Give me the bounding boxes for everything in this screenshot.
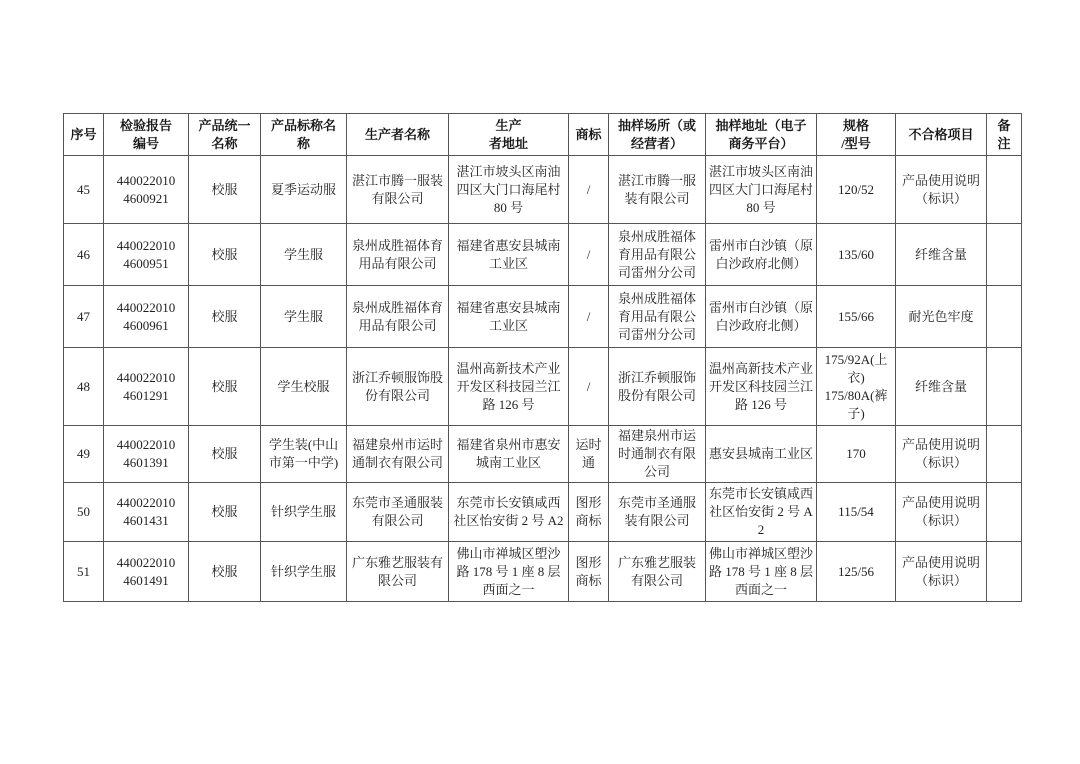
cell-producer-address: 湛江市坡头区南油四区大门口海尾村 80 号 — [449, 156, 569, 224]
table-row: 45440022010 4600921校服夏季运动服湛江市腾一服装有限公司湛江市… — [64, 156, 1022, 224]
cell-trademark: / — [569, 348, 609, 426]
cell-spec: 115/54 — [817, 483, 896, 542]
header-spec: 规格 /型号 — [817, 114, 896, 156]
cell-unified-name: 校服 — [189, 483, 261, 542]
cell-labeled-name: 针织学生服 — [261, 483, 347, 542]
cell-labeled-name: 夏季运动服 — [261, 156, 347, 224]
cell-unified-name: 校服 — [189, 426, 261, 483]
table-header: 序号 检验报告 编号 产品统一 名称 产品标称名 称 生产者名称 生产 者地址 … — [64, 114, 1022, 156]
cell-failed-items: 产品使用说明（标识） — [896, 426, 987, 483]
cell-spec: 155/66 — [817, 286, 896, 348]
cell-producer-address: 佛山市禅城区塱沙路 178 号 1 座 8 层西面之一 — [449, 542, 569, 602]
header-sampling-address: 抽样地址（电子 商务平台） — [706, 114, 817, 156]
cell-trademark: 图形商标 — [569, 483, 609, 542]
cell-unified-name: 校服 — [189, 286, 261, 348]
cell-sampling-address: 佛山市禅城区塱沙路 178 号 1 座 8 层西面之一 — [706, 542, 817, 602]
cell-seq: 48 — [64, 348, 104, 426]
header-report-no: 检验报告 编号 — [104, 114, 189, 156]
header-row: 序号 检验报告 编号 产品统一 名称 产品标称名 称 生产者名称 生产 者地址 … — [64, 114, 1022, 156]
cell-producer-address: 福建省泉州市惠安城南工业区 — [449, 426, 569, 483]
cell-producer: 泉州成胜福体育用品有限公司 — [347, 224, 449, 286]
cell-sampling-address: 温州高新技术产业开发区科技园兰江路 126 号 — [706, 348, 817, 426]
cell-unified-name: 校服 — [189, 348, 261, 426]
cell-seq: 46 — [64, 224, 104, 286]
cell-labeled-name: 针织学生服 — [261, 542, 347, 602]
inspection-results-table: 序号 检验报告 编号 产品统一 名称 产品标称名 称 生产者名称 生产 者地址 … — [63, 113, 1022, 602]
cell-report-no: 440022010 4601491 — [104, 542, 189, 602]
table-row: 47440022010 4600961校服学生服泉州成胜福体育用品有限公司福建省… — [64, 286, 1022, 348]
cell-sampling-site: 泉州成胜福体育用品有限公司雷州分公司 — [609, 224, 706, 286]
cell-sampling-address: 惠安县城南工业区 — [706, 426, 817, 483]
cell-sampling-address: 雷州市白沙镇（原白沙政府北侧） — [706, 286, 817, 348]
cell-unified-name: 校服 — [189, 224, 261, 286]
cell-trademark: 运时通 — [569, 426, 609, 483]
cell-failed-items: 产品使用说明（标识） — [896, 542, 987, 602]
header-unified-name: 产品统一 名称 — [189, 114, 261, 156]
cell-report-no: 440022010 4600961 — [104, 286, 189, 348]
cell-producer: 浙江乔顿服饰股份有限公司 — [347, 348, 449, 426]
cell-remark — [987, 483, 1022, 542]
cell-producer: 东莞市圣通服装有限公司 — [347, 483, 449, 542]
cell-unified-name: 校服 — [189, 156, 261, 224]
table-row: 50440022010 4601431校服针织学生服东莞市圣通服装有限公司东莞市… — [64, 483, 1022, 542]
cell-remark — [987, 426, 1022, 483]
cell-remark — [987, 542, 1022, 602]
cell-producer: 泉州成胜福体育用品有限公司 — [347, 286, 449, 348]
cell-seq: 45 — [64, 156, 104, 224]
cell-trademark: / — [569, 224, 609, 286]
cell-producer-address: 东莞市长安镇咸西社区怡安街 2 号 A2 — [449, 483, 569, 542]
cell-report-no: 440022010 4601291 — [104, 348, 189, 426]
table-body: 45440022010 4600921校服夏季运动服湛江市腾一服装有限公司湛江市… — [64, 156, 1022, 602]
cell-failed-items: 纤维含量 — [896, 224, 987, 286]
cell-producer-address: 福建省惠安县城南工业区 — [449, 224, 569, 286]
cell-sampling-site: 泉州成胜福体育用品有限公司雷州分公司 — [609, 286, 706, 348]
cell-sampling-address: 雷州市白沙镇（原白沙政府北侧） — [706, 224, 817, 286]
cell-sampling-site: 东莞市圣通服装有限公司 — [609, 483, 706, 542]
cell-labeled-name: 学生装(中山市第一中学) — [261, 426, 347, 483]
cell-producer: 广东雅艺服装有限公司 — [347, 542, 449, 602]
cell-trademark: 图形商标 — [569, 542, 609, 602]
table-row: 48440022010 4601291校服学生校服浙江乔顿服饰股份有限公司温州高… — [64, 348, 1022, 426]
cell-trademark: / — [569, 286, 609, 348]
cell-spec: 135/60 — [817, 224, 896, 286]
cell-remark — [987, 224, 1022, 286]
cell-labeled-name: 学生服 — [261, 286, 347, 348]
cell-labeled-name: 学生服 — [261, 224, 347, 286]
cell-report-no: 440022010 4600951 — [104, 224, 189, 286]
cell-sampling-address: 湛江市坡头区南油四区大门口海尾村 80 号 — [706, 156, 817, 224]
cell-report-no: 440022010 4600921 — [104, 156, 189, 224]
cell-unified-name: 校服 — [189, 542, 261, 602]
cell-sampling-site: 湛江市腾一服装有限公司 — [609, 156, 706, 224]
cell-seq: 47 — [64, 286, 104, 348]
header-failed-items: 不合格项目 — [896, 114, 987, 156]
header-remark: 备 注 — [987, 114, 1022, 156]
cell-producer-address: 福建省惠安县城南工业区 — [449, 286, 569, 348]
cell-spec: 120/52 — [817, 156, 896, 224]
cell-remark — [987, 348, 1022, 426]
table-row: 49440022010 4601391校服学生装(中山市第一中学)福建泉州市运时… — [64, 426, 1022, 483]
cell-spec: 170 — [817, 426, 896, 483]
cell-failed-items: 产品使用说明（标识） — [896, 483, 987, 542]
header-labeled-name: 产品标称名 称 — [261, 114, 347, 156]
cell-producer: 福建泉州市运时通制衣有限公司 — [347, 426, 449, 483]
table-row: 46440022010 4600951校服学生服泉州成胜福体育用品有限公司福建省… — [64, 224, 1022, 286]
document-page: 序号 检验报告 编号 产品统一 名称 产品标称名 称 生产者名称 生产 者地址 … — [0, 0, 1080, 764]
cell-sampling-site: 福建泉州市运时通制衣有限公司 — [609, 426, 706, 483]
cell-remark — [987, 286, 1022, 348]
cell-failed-items: 耐光色牢度 — [896, 286, 987, 348]
cell-report-no: 440022010 4601431 — [104, 483, 189, 542]
cell-sampling-site: 广东雅艺服装有限公司 — [609, 542, 706, 602]
cell-report-no: 440022010 4601391 — [104, 426, 189, 483]
table-row: 51440022010 4601491校服针织学生服广东雅艺服装有限公司佛山市禅… — [64, 542, 1022, 602]
header-producer: 生产者名称 — [347, 114, 449, 156]
cell-failed-items: 产品使用说明（标识） — [896, 156, 987, 224]
cell-seq: 50 — [64, 483, 104, 542]
cell-sampling-site: 浙江乔顿服饰股份有限公司 — [609, 348, 706, 426]
cell-sampling-address: 东莞市长安镇咸西社区怡安街 2 号 A2 — [706, 483, 817, 542]
header-sampling-site: 抽样场所（或 经营者） — [609, 114, 706, 156]
cell-trademark: / — [569, 156, 609, 224]
cell-failed-items: 纤维含量 — [896, 348, 987, 426]
header-trademark: 商标 — [569, 114, 609, 156]
cell-remark — [987, 156, 1022, 224]
cell-seq: 49 — [64, 426, 104, 483]
cell-labeled-name: 学生校服 — [261, 348, 347, 426]
header-seq: 序号 — [64, 114, 104, 156]
cell-producer-address: 温州高新技术产业开发区科技园兰江路 126 号 — [449, 348, 569, 426]
cell-spec: 125/56 — [817, 542, 896, 602]
header-producer-address: 生产 者地址 — [449, 114, 569, 156]
cell-spec: 175/92A(上衣) 175/80A(裤子) — [817, 348, 896, 426]
cell-producer: 湛江市腾一服装有限公司 — [347, 156, 449, 224]
cell-seq: 51 — [64, 542, 104, 602]
